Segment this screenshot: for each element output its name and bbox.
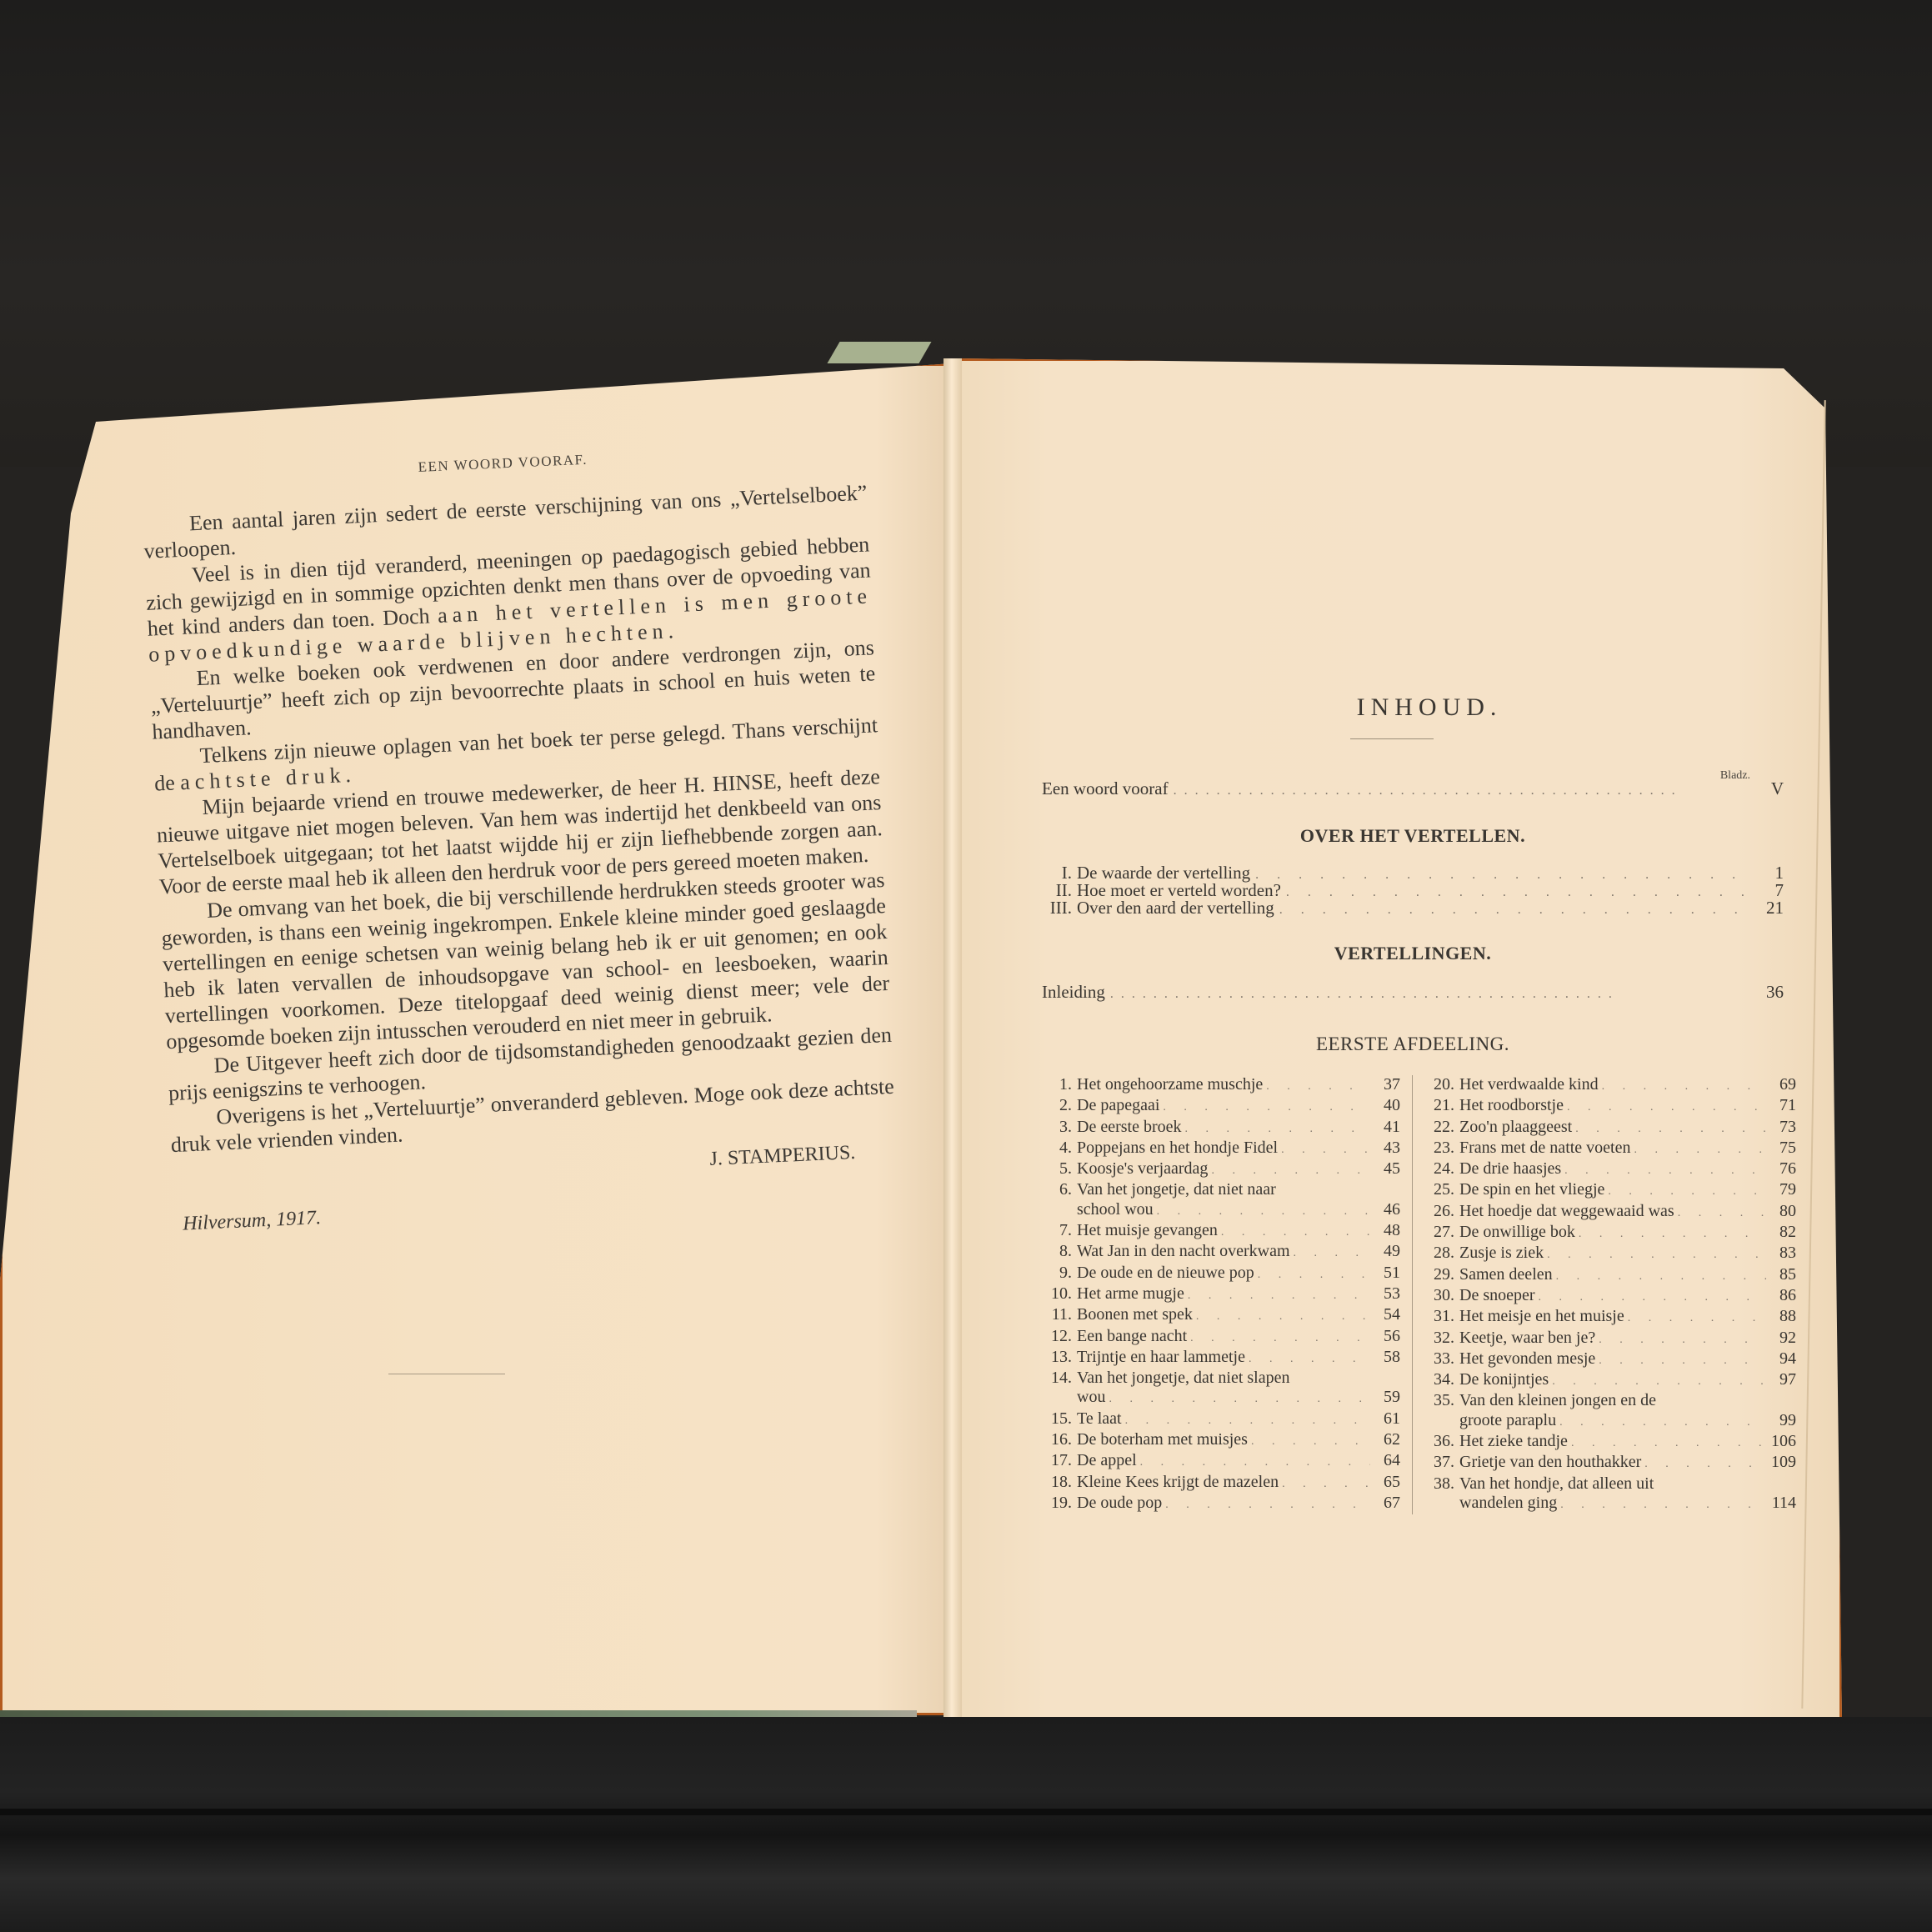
story-list: 1.Het ongehoorzame muschje . . . . . . .…	[1042, 1075, 1784, 1514]
story-page: 48	[1374, 1221, 1400, 1240]
story-title: Te laat	[1077, 1409, 1122, 1429]
toc-entry-page: 21	[1759, 900, 1784, 916]
leader-dots: . . . . . . . . . . . . . . . . . . . . …	[1109, 1389, 1370, 1409]
section-heading-eerste-afdeeling: EERSTE AFDEELING.	[1042, 1034, 1784, 1055]
story-title-line2: wou . . . . . . . . . . . . . . . . . . …	[1042, 1388, 1400, 1409]
leader-dots: . . . . . . . . . . . . . . . . . . . . …	[1644, 1454, 1766, 1474]
section-heading-over-het-vertellen: OVER HET VERTELLEN.	[1042, 825, 1784, 847]
story-number: 15.	[1042, 1409, 1072, 1429]
story-title: Kleine Kees krijgt de mazelen	[1077, 1473, 1279, 1492]
story-title: Trijntje en haar lammetje	[1077, 1348, 1245, 1367]
story-page: 40	[1374, 1096, 1400, 1115]
story-number: 20.	[1424, 1075, 1454, 1094]
story-page: 59	[1374, 1388, 1400, 1407]
story-entry: 37.Grietje van den houthakker . . . . . …	[1424, 1453, 1796, 1474]
story-entry: 14.Van het jongetje, dat niet slapenwou …	[1042, 1369, 1400, 1409]
story-entry: 7.Het muisje gevangen . . . . . . . . . …	[1042, 1221, 1400, 1242]
story-title: Van het hondje, dat alleen uit	[1459, 1474, 1654, 1493]
leader-dots: . . . . . . . . . . . . . . . . . . . . …	[1571, 1434, 1766, 1453]
leader-dots: . . . . . . . . . . . . . . . . . . . . …	[1279, 902, 1754, 918]
leader-dots: . . . . . . . . . . . . . . . . . . . . …	[1628, 1309, 1766, 1328]
story-title: Zusje is ziek	[1459, 1244, 1544, 1263]
story-page: 99	[1769, 1411, 1796, 1430]
leader-dots: ........................................…	[1174, 782, 1754, 800]
toc-entry-page: 7	[1759, 883, 1784, 898]
leader-dots: . . . . . . . . . . . . . . . . . . . . …	[1552, 1372, 1766, 1391]
story-number: 34.	[1424, 1370, 1454, 1389]
story-page: 43	[1374, 1139, 1400, 1158]
book-cover-top-edge	[827, 342, 931, 363]
story-title-continued: wandelen ging	[1459, 1494, 1557, 1513]
story-entry: 17.De appel . . . . . . . . . . . . . . …	[1042, 1451, 1400, 1472]
story-title: Boonen met spek	[1077, 1305, 1193, 1324]
story-title: Van het jongetje, dat niet slapen	[1077, 1369, 1289, 1387]
story-title: Frans met de natte voeten	[1459, 1139, 1631, 1158]
story-title-continued: school wou	[1077, 1200, 1154, 1219]
story-column-right: 20.Het verdwaalde kind . . . . . . . . .…	[1413, 1075, 1796, 1514]
story-page: 76	[1769, 1159, 1796, 1179]
leader-dots: . . . . . . . . . . . . . . . . . . . . …	[1163, 1098, 1370, 1117]
story-number: 33.	[1424, 1349, 1454, 1369]
story-title: Van den kleinen jongen en de	[1459, 1391, 1656, 1409]
story-entry: 23.Frans met de natte voeten . . . . . .…	[1424, 1139, 1796, 1159]
leader-dots: . . . . . . . . . . . . . . . . . . . . …	[1286, 884, 1754, 900]
story-number: 38.	[1424, 1474, 1454, 1494]
story-title: Keetje, waar ben je?	[1459, 1329, 1595, 1348]
story-page: 79	[1769, 1180, 1796, 1199]
story-number: 32.	[1424, 1329, 1454, 1348]
dark-table-surface	[0, 1717, 1932, 1932]
story-entry: 18.Kleine Kees krijgt de mazelen . . . .…	[1042, 1473, 1400, 1494]
story-page: 88	[1769, 1307, 1796, 1326]
story-title: Zoo'n plaaggeest	[1459, 1118, 1572, 1137]
leader-dots: . . . . . . . . . . . . . . . . . . . . …	[1575, 1119, 1766, 1139]
story-number: 37.	[1424, 1453, 1454, 1472]
story-number: 2.	[1042, 1096, 1072, 1115]
story-page: 114	[1769, 1494, 1796, 1513]
story-page: 56	[1374, 1327, 1400, 1346]
leader-dots: . . . . . . . . . . . . . . . . . . . . …	[1125, 1411, 1370, 1430]
table-edge	[0, 1809, 1932, 1815]
toc-entry-page: 36	[1759, 983, 1784, 1001]
story-number: 6.	[1042, 1180, 1072, 1199]
leader-dots: . . . . . . . . . . . . . . . . . . . . …	[1251, 1432, 1370, 1451]
story-page: 49	[1374, 1242, 1400, 1261]
story-entry: 5.Koosje's verjaardag . . . . . . . . . …	[1042, 1159, 1400, 1180]
story-entry: 27.De onwillige bok . . . . . . . . . . …	[1424, 1223, 1796, 1244]
story-page: 67	[1374, 1494, 1400, 1513]
roman-numeral: I.	[1042, 865, 1072, 881]
story-number: 11.	[1042, 1305, 1072, 1324]
story-title: De onwillige bok	[1459, 1223, 1575, 1242]
story-entry: 30.De snoeper . . . . . . . . . . . . . …	[1424, 1286, 1796, 1307]
leader-dots: . . . . . . . . . . . . . . . . . . . . …	[1185, 1119, 1371, 1139]
leader-dots: . . . . . . . . . . . . . . . . . . . . …	[1196, 1307, 1370, 1326]
story-page: 97	[1769, 1370, 1796, 1389]
story-title-line2: groote paraplu . . . . . . . . . . . . .…	[1424, 1411, 1796, 1432]
story-entry: 8.Wat Jan in den nacht overkwam . . . . …	[1042, 1242, 1400, 1263]
leader-dots: . . . . . . . . . . . . . . . . . . . . …	[1266, 1077, 1370, 1096]
leader-dots: . . . . . . . . . . . . . . . . . . . . …	[1564, 1161, 1766, 1180]
story-entry: 29.Samen deelen . . . . . . . . . . . . …	[1424, 1265, 1796, 1286]
leader-dots: . . . . . . . . . . . . . . . . . . . . …	[1567, 1098, 1766, 1117]
story-page: 51	[1374, 1264, 1400, 1283]
toc-entry-label: Een woord vooraf	[1042, 779, 1169, 798]
story-entry: 11.Boonen met spek . . . . . . . . . . .…	[1042, 1305, 1400, 1326]
book-spine-gutter	[943, 358, 962, 1717]
story-entry: 12.Een bange nacht . . . . . . . . . . .…	[1042, 1327, 1400, 1348]
story-page: 45	[1374, 1159, 1400, 1179]
story-entry: 19.De oude pop . . . . . . . . . . . . .…	[1042, 1494, 1400, 1514]
story-entry: 34.De konijntjes . . . . . . . . . . . .…	[1424, 1370, 1796, 1391]
story-title: Het meisje en het muisje	[1459, 1307, 1624, 1326]
story-entry: 28.Zusje is ziek . . . . . . . . . . . .…	[1424, 1244, 1796, 1264]
story-title: De papegaai	[1077, 1096, 1159, 1115]
leader-dots: . . . . . . . . . . . . . . . . . . . . …	[1282, 1474, 1370, 1494]
story-number: 26.	[1424, 1202, 1454, 1221]
story-title: De konijntjes	[1459, 1370, 1549, 1389]
story-title: De oude pop	[1077, 1494, 1162, 1513]
toc-entry-label: II.Hoe moet er verteld worden?	[1042, 883, 1281, 898]
toc-entry-inleiding: Inleiding ..............................…	[1042, 983, 1784, 1004]
story-title: Het zieke tandje	[1459, 1432, 1568, 1451]
story-entry: 31.Het meisje en het muisje . . . . . . …	[1424, 1307, 1796, 1328]
toc-entry-title: Over den aard der vertelling	[1077, 898, 1274, 918]
story-page: 85	[1769, 1265, 1796, 1284]
section1-entries: I.De waarde der vertelling . . . . . . .…	[1042, 865, 1784, 918]
story-page: 53	[1374, 1284, 1400, 1304]
story-number: 8.	[1042, 1242, 1072, 1261]
story-entry: 13.Trijntje en haar lammetje . . . . . .…	[1042, 1348, 1400, 1369]
story-page: 106	[1769, 1432, 1796, 1451]
story-number: 36.	[1424, 1432, 1454, 1451]
leader-dots: . . . . . . . . . . . . . . . . . . . . …	[1608, 1182, 1766, 1201]
story-entry: 1.Het ongehoorzame muschje . . . . . . .…	[1042, 1075, 1400, 1096]
story-number: 24.	[1424, 1159, 1454, 1179]
story-number: 1.	[1042, 1075, 1072, 1094]
leader-dots: . . . . . . . . . . . . . . . . . . . . …	[1190, 1329, 1370, 1348]
story-page: 46	[1374, 1200, 1400, 1219]
toc-entry-foreword: Een woord vooraf .......................…	[1042, 779, 1784, 800]
story-page: 86	[1769, 1286, 1796, 1305]
story-number: 3.	[1042, 1118, 1072, 1137]
story-number: 17.	[1042, 1451, 1072, 1470]
story-page: 41	[1374, 1118, 1400, 1137]
story-page: 54	[1374, 1305, 1400, 1324]
story-title: Wat Jan in den nacht overkwam	[1077, 1242, 1290, 1261]
story-title-line2: wandelen ging . . . . . . . . . . . . . …	[1424, 1494, 1796, 1514]
leader-dots: . . . . . . . . . . . . . . . . . . . . …	[1539, 1288, 1766, 1307]
story-title: De boterham met muisjes	[1077, 1430, 1248, 1449]
leader-dots: . . . . . . . . . . . . . . . . . . . . …	[1255, 867, 1754, 883]
story-page: 92	[1769, 1329, 1796, 1348]
leader-dots: . . . . . . . . . . . . . . . . . . . . …	[1249, 1349, 1370, 1369]
leader-dots: . . . . . . . . . . . . . . . . . . . . …	[1140, 1453, 1370, 1472]
story-title-line1: 6.Van het jongetje, dat niet naar	[1042, 1180, 1400, 1199]
leader-dots: ........................................…	[1110, 985, 1754, 1004]
story-title: Samen deelen	[1459, 1265, 1553, 1284]
story-title: De spin en het vliegje	[1459, 1180, 1604, 1199]
leader-dots: . . . . . . . . . . . . . . . . . . . . …	[1559, 1413, 1766, 1432]
story-entry: 15.Te laat . . . . . . . . . . . . . . .…	[1042, 1409, 1400, 1430]
leader-dots: . . . . . . . . . . . . . . . . . . . . …	[1211, 1161, 1370, 1180]
leader-dots: . . . . . . . . . . . . . . . . . . . . …	[1294, 1244, 1370, 1263]
story-entry: 26.Het hoedje dat weggewaaid was . . . .…	[1424, 1202, 1796, 1223]
story-number: 21.	[1424, 1096, 1454, 1115]
toc-entry-page: V	[1759, 779, 1784, 798]
story-number: 25.	[1424, 1180, 1454, 1199]
toc-title: INHOUD.	[1075, 693, 1784, 722]
story-entry: 32.Keetje, waar ben je? . . . . . . . . …	[1424, 1329, 1796, 1349]
leader-dots: . . . . . . . . . . . . . . . . . . . . …	[1188, 1286, 1370, 1305]
story-page: 64	[1374, 1451, 1400, 1470]
roman-numeral: III.	[1042, 900, 1072, 916]
story-title: De appel	[1077, 1451, 1137, 1470]
story-number: 10.	[1042, 1284, 1072, 1304]
story-title: De drie haasjes	[1459, 1159, 1561, 1179]
leader-dots: . . . . . . . . . . . . . . . . . . . . …	[1599, 1330, 1766, 1349]
story-number: 12.	[1042, 1327, 1072, 1346]
story-title: Het arme mugje	[1077, 1284, 1184, 1304]
story-entry: 33.Het gevonden mesje . . . . . . . . . …	[1424, 1349, 1796, 1370]
foreword-paragraphs: Een aantal jaren zijn sedert de eerste v…	[142, 479, 895, 1158]
story-title: Het ongehoorzame muschje	[1077, 1075, 1263, 1094]
story-number: 14.	[1042, 1369, 1072, 1388]
story-number: 30.	[1424, 1286, 1454, 1305]
story-number: 22.	[1424, 1118, 1454, 1137]
story-page: 61	[1374, 1409, 1400, 1429]
table-of-contents: INHOUD. Bladz. Een woord vooraf ........…	[1042, 683, 1784, 1514]
story-number: 7.	[1042, 1221, 1072, 1240]
leader-dots: . . . . . . . . . . . . . . . . . . . . …	[1634, 1140, 1767, 1159]
story-number: 13.	[1042, 1348, 1072, 1367]
story-page: 37	[1374, 1075, 1400, 1094]
story-title: Een bange nacht	[1077, 1327, 1187, 1346]
story-number: 35.	[1424, 1391, 1454, 1410]
roman-numeral: II.	[1042, 883, 1072, 898]
story-title: Het gevonden mesje	[1459, 1349, 1595, 1369]
story-page: 73	[1769, 1118, 1796, 1137]
story-entry: 38.Van het hondje, dat alleen uitwandele…	[1424, 1474, 1796, 1515]
toc-entry-label: I.De waarde der vertelling	[1042, 865, 1250, 881]
toc-entry: III.Over den aard der vertelling . . . .…	[1042, 900, 1784, 918]
story-title: Het verdwaalde kind	[1459, 1075, 1599, 1094]
story-number: 18.	[1042, 1473, 1072, 1492]
leader-dots: . . . . . . . . . . . . . . . . . . . . …	[1547, 1245, 1766, 1264]
story-page: 69	[1769, 1075, 1796, 1094]
leader-dots: . . . . . . . . . . . . . . . . . . . . …	[1157, 1202, 1370, 1221]
toc-entry-label: III.Over den aard der vertelling	[1042, 900, 1274, 916]
story-number: 23.	[1424, 1139, 1454, 1158]
leader-dots: . . . . . . . . . . . . . . . . . . . . …	[1560, 1495, 1766, 1514]
story-page: 62	[1374, 1430, 1400, 1449]
story-entry: 35.Van den kleinen jongen en degroote pa…	[1424, 1391, 1796, 1432]
story-page: 80	[1769, 1202, 1796, 1221]
section-heading-vertellingen: VERTELLINGEN.	[1042, 943, 1784, 964]
story-number: 9.	[1042, 1264, 1072, 1283]
story-page: 75	[1769, 1139, 1796, 1158]
leader-dots: . . . . . . . . . . . . . . . . . . . . …	[1165, 1495, 1370, 1514]
story-entry: 25.De spin en het vliegje . . . . . . . …	[1424, 1180, 1796, 1201]
story-page: 94	[1769, 1349, 1796, 1369]
story-title-line1: 14.Van het jongetje, dat niet slapen	[1042, 1369, 1400, 1388]
story-number: 29.	[1424, 1265, 1454, 1284]
story-entry: 16.De boterham met muisjes . . . . . . .…	[1042, 1430, 1400, 1451]
story-page: 109	[1769, 1453, 1796, 1472]
story-page: 83	[1769, 1244, 1796, 1263]
story-number: 16.	[1042, 1430, 1072, 1449]
story-page: 82	[1769, 1223, 1796, 1242]
story-entry: 3.De eerste broek . . . . . . . . . . . …	[1042, 1118, 1400, 1139]
story-entry: 9.De oude en de nieuwe pop . . . . . . .…	[1042, 1264, 1400, 1284]
story-entry: 6.Van het jongetje, dat niet naarschool …	[1042, 1180, 1400, 1221]
leader-dots: . . . . . . . . . . . . . . . . . . . . …	[1221, 1223, 1370, 1242]
story-entry: 36.Het zieke tandje . . . . . . . . . . …	[1424, 1432, 1796, 1453]
story-page: 65	[1374, 1473, 1400, 1492]
story-number: 28.	[1424, 1244, 1454, 1263]
story-entry: 10.Het arme mugje . . . . . . . . . . . …	[1042, 1284, 1400, 1305]
story-number: 27.	[1424, 1223, 1454, 1242]
story-column-left: 1.Het ongehoorzame muschje . . . . . . .…	[1042, 1075, 1413, 1514]
leader-dots: . . . . . . . . . . . . . . . . . . . . …	[1579, 1224, 1766, 1244]
toc-entry-label: Inleiding	[1042, 983, 1105, 1001]
story-entry: 20.Het verdwaalde kind . . . . . . . . .…	[1424, 1075, 1796, 1096]
leader-dots: . . . . . . . . . . . . . . . . . . . . …	[1602, 1077, 1766, 1096]
story-title-continued: groote paraplu	[1459, 1411, 1556, 1430]
story-title: Het hoedje dat weggewaaid was	[1459, 1202, 1674, 1221]
story-title-line2: school wou . . . . . . . . . . . . . . .…	[1042, 1200, 1400, 1221]
leader-dots: . . . . . . . . . . . . . . . . . . . . …	[1678, 1204, 1766, 1223]
story-number: 5.	[1042, 1159, 1072, 1179]
leader-dots: . . . . . . . . . . . . . . . . . . . . …	[1599, 1351, 1766, 1370]
toc-entry-page: 1	[1759, 865, 1784, 881]
story-title-line1: 35.Van den kleinen jongen en de	[1424, 1391, 1796, 1410]
story-entry: 21.Het roodborstje . . . . . . . . . . .…	[1424, 1096, 1796, 1117]
story-title: Het roodborstje	[1459, 1096, 1564, 1115]
toc-title-rule	[1350, 738, 1434, 739]
story-number: 19.	[1042, 1494, 1072, 1513]
story-title: De snoeper	[1459, 1286, 1535, 1305]
story-title: Van het jongetje, dat niet naar	[1077, 1180, 1276, 1199]
leader-dots: . . . . . . . . . . . . . . . . . . . . …	[1556, 1267, 1766, 1286]
story-entry: 2.De papegaai . . . . . . . . . . . . . …	[1042, 1096, 1400, 1117]
end-rule	[388, 1374, 505, 1374]
story-title-line1: 38.Van het hondje, dat alleen uit	[1424, 1474, 1796, 1494]
story-title: De oude en de nieuwe pop	[1077, 1264, 1254, 1283]
story-title: Poppejans en het hondje Fidel	[1077, 1139, 1278, 1158]
story-title-continued: wou	[1077, 1388, 1105, 1407]
leader-dots: . . . . . . . . . . . . . . . . . . . . …	[1258, 1265, 1370, 1284]
story-title: Het muisje gevangen	[1077, 1221, 1218, 1240]
story-number: 31.	[1424, 1307, 1454, 1326]
story-title: De eerste broek	[1077, 1118, 1182, 1137]
story-entry: 4.Poppejans en het hondje Fidel . . . . …	[1042, 1139, 1400, 1159]
foreword-text-block: EEN WOORD VOORAF. Een aantal jaren zijn …	[140, 434, 899, 1239]
story-title: Koosje's verjaardag	[1077, 1159, 1208, 1179]
leader-dots: . . . . . . . . . . . . . . . . . . . . …	[1281, 1140, 1370, 1159]
story-number: 4.	[1042, 1139, 1072, 1158]
story-title: Grietje van den houthakker	[1459, 1453, 1641, 1472]
story-page: 58	[1374, 1348, 1400, 1367]
story-entry: 24.De drie haasjes . . . . . . . . . . .…	[1424, 1159, 1796, 1180]
story-entry: 22.Zoo'n plaaggeest . . . . . . . . . . …	[1424, 1118, 1796, 1139]
story-page: 71	[1769, 1096, 1796, 1115]
